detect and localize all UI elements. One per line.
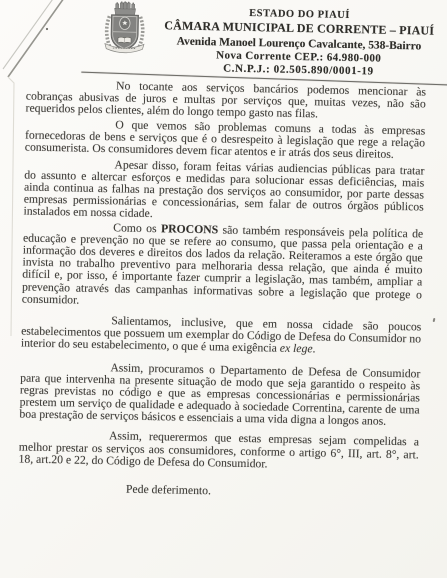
paragraph-bank-services: No tocante aos serviços bancários podemo…: [25, 79, 426, 123]
coat-of-arms-icon: [96, 1, 154, 57]
paragraph-procons: Como os PROCONS são também responsáveis …: [22, 221, 424, 314]
paragraph-common-problems: O que vemos são problemas comuns a todas…: [25, 118, 426, 162]
paragraph-public-hearings: Apesar disso, foram feitas várias audien…: [23, 157, 424, 225]
letterhead: ESTADO DO PIAUÍ CÂMARA MUNICIPAL DE CORR…: [0, 0, 447, 73]
closing-pede-deferimento: Pede deferimento.: [18, 481, 418, 501]
paragraph-procons-post: são também responsáveis pela política de…: [22, 223, 424, 306]
paragraph-consumer-defense-department: Assim, procuramos o Departamento de Defe…: [19, 360, 420, 428]
paragraph-consumer-code-copies: Salientamos, inclusive, que em nossa cid…: [21, 313, 422, 357]
scanned-document-page: ESTADO DO PIAUÍ CÂMARA MUNICIPAL DE CORR…: [0, 0, 447, 578]
paragraph-code-pre: Salientamos, inclusive, que em nossa cid…: [21, 314, 422, 355]
ex-lege-italic-text: ex lege: [280, 342, 313, 356]
paragraph-request-compliance: Assim, requerermos que estas empresas se…: [18, 429, 419, 473]
paragraph-code-end: .: [312, 342, 315, 355]
document-content: ESTADO DO PIAUÍ CÂMARA MUNICIPAL DE CORR…: [0, 0, 447, 578]
letterhead-text: ESTADO DO PIAUÍ CÂMARA MUNICIPAL DE CORR…: [149, 1, 447, 79]
letter-body: No tocante aos serviços bancários podemo…: [18, 79, 426, 505]
